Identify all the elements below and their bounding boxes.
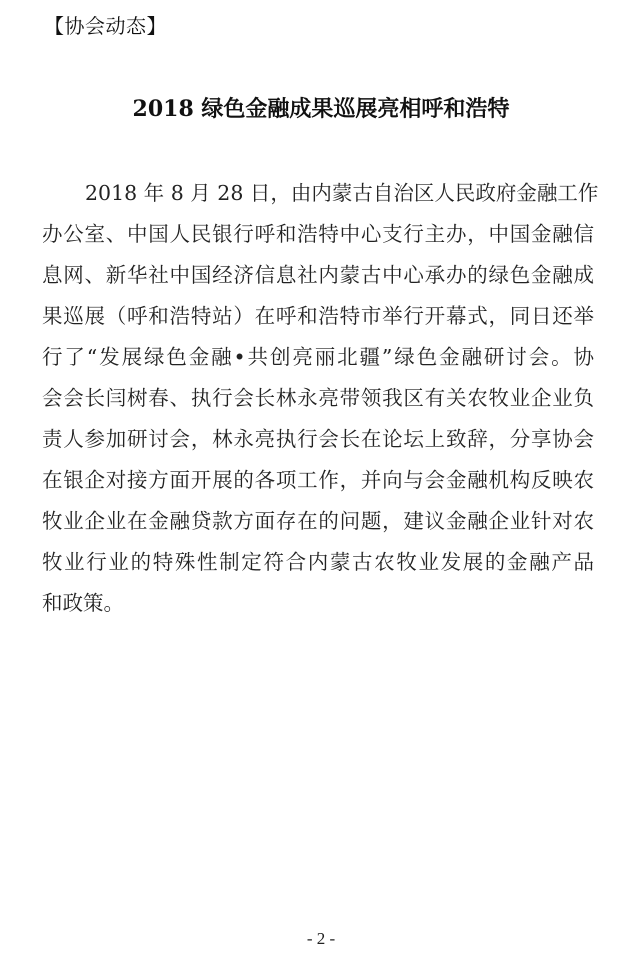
- body-line: 办公室、中国人民银行呼和浩特中心支行主办，中国金融信: [42, 218, 594, 259]
- body-line: 责人参加研讨会，林永亮执行会长在论坛上致辞，分享协会: [42, 423, 594, 464]
- body-line: 在银企对接方面开展的各项工作，并向与会金融机构反映农: [42, 464, 594, 505]
- section-tag: 【协会动态】: [44, 14, 167, 38]
- page-number: - 2 -: [0, 928, 642, 950]
- body-line: 果巡展（呼和浩特站）在呼和浩特市举行开幕式，同日还举: [42, 300, 594, 341]
- body-line: 2018 年 8 月 28 日，由内蒙古自治区人民政府金融工作: [42, 177, 594, 218]
- body-line: 和政策。: [42, 587, 594, 628]
- article-body: 2018 年 8 月 28 日，由内蒙古自治区人民政府金融工作 办公室、中国人民…: [42, 177, 594, 628]
- body-line: 行了“发展绿色金融•共创亮丽北疆”绿色金融研讨会。协: [42, 341, 594, 382]
- body-line: 牧业行业的特殊性制定符合内蒙古农牧业发展的金融产品: [42, 546, 594, 587]
- body-line: 会会长闫树春、执行会长林永亮带领我区有关农牧业企业负: [42, 382, 594, 423]
- article-title: 2018 绿色金融成果巡展亮相呼和浩特: [0, 95, 642, 123]
- body-line: 牧业企业在金融贷款方面存在的问题，建议金融企业针对农: [42, 505, 594, 546]
- body-line: 息网、新华社中国经济信息社内蒙古中心承办的绿色金融成: [42, 259, 594, 300]
